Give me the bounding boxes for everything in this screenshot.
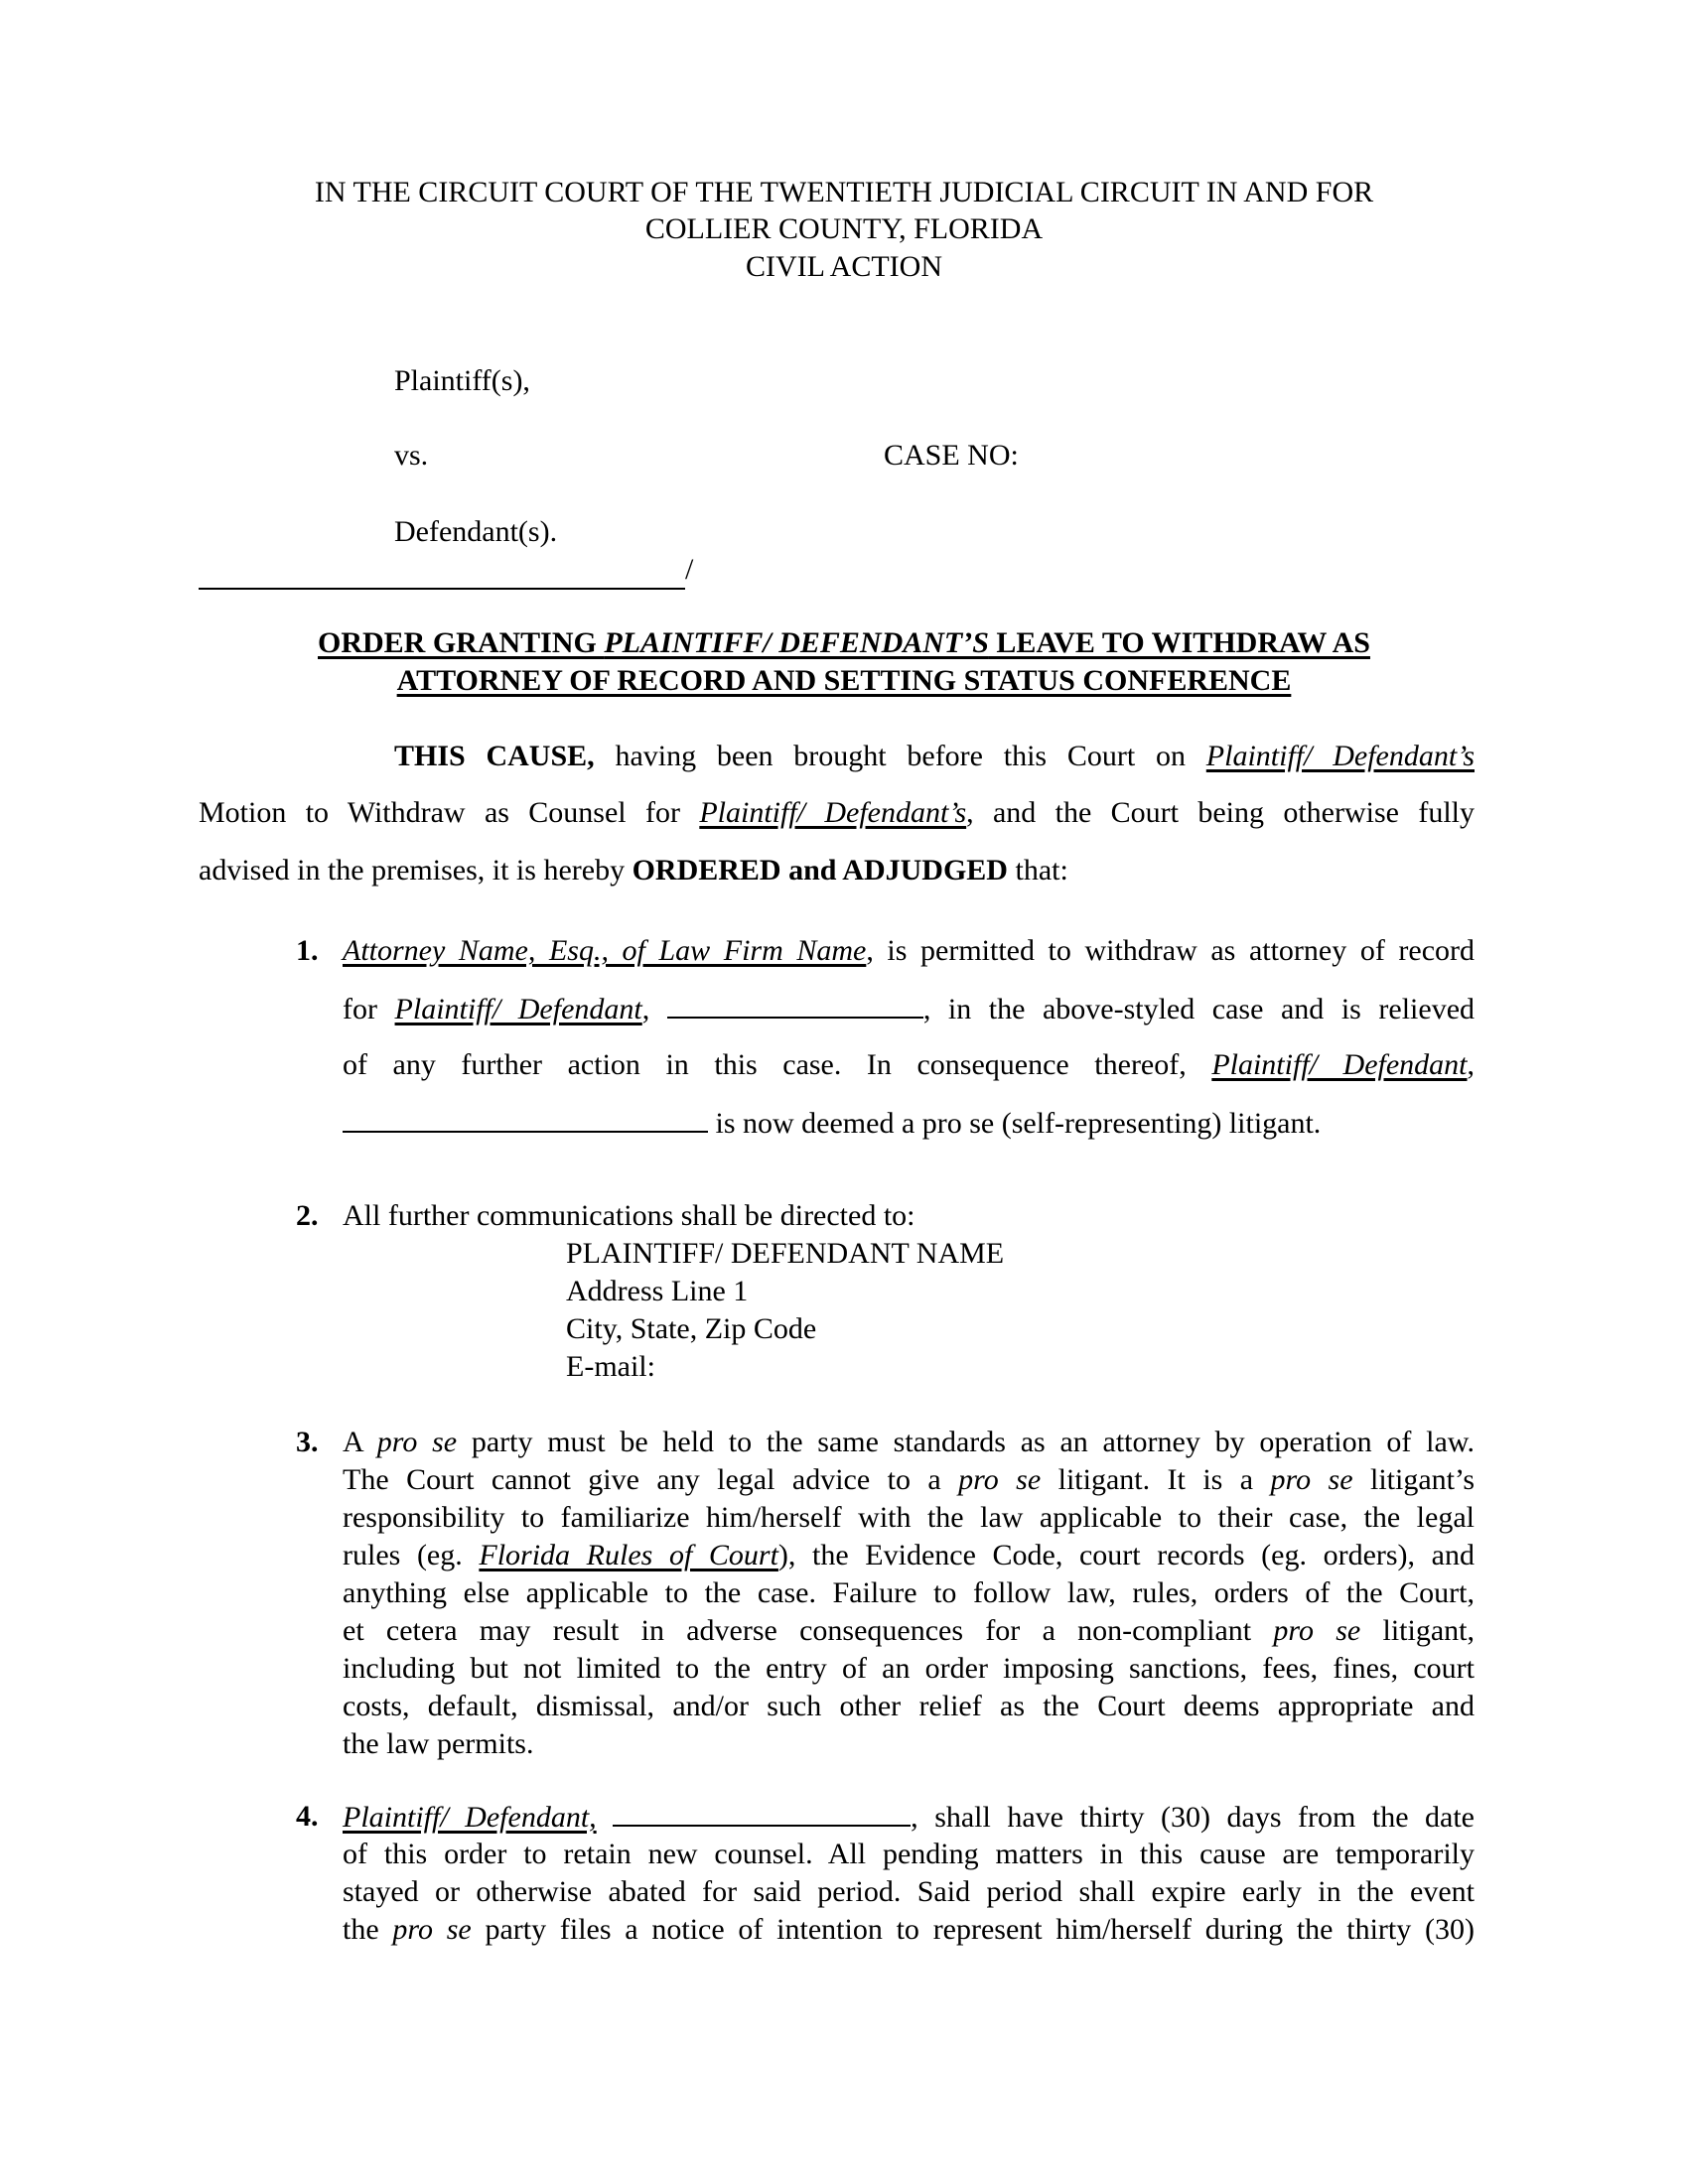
party-placeholder: Plaintiff/ Defendant bbox=[395, 993, 642, 1025]
text-run: , shall have thirty (30) days from the d… bbox=[911, 1801, 1475, 1834]
italic-term: pro se bbox=[1273, 1614, 1360, 1647]
intro-text: , and the Court being otherwise fully bbox=[966, 796, 1475, 829]
order-title-line2: ATTORNEY OF RECORD AND SETTING STATUS CO… bbox=[0, 663, 1688, 699]
paragraph-line: of this order to retain new counsel. All… bbox=[343, 1837, 1475, 1872]
attorney-placeholder: Attorney Name, Esq., of Law Firm Name bbox=[343, 934, 866, 967]
paragraph-line: A pro se party must be held to the same … bbox=[343, 1425, 1475, 1460]
intro-text: that: bbox=[1008, 854, 1068, 887]
item-text: is now deemed a pro se (self-representin… bbox=[708, 1107, 1321, 1140]
text-run: responsibility to familiarize him/hersel… bbox=[343, 1501, 1475, 1534]
text-run: including but not limited to the entry o… bbox=[343, 1652, 1475, 1685]
document-page: IN THE CIRCUIT COURT OF THE TWENTIETH JU… bbox=[0, 0, 1688, 2184]
party-name-blank[interactable] bbox=[613, 1799, 911, 1827]
intro-text: having been brought before this Court on bbox=[595, 740, 1206, 772]
text-run: litigant. It is a bbox=[1041, 1463, 1270, 1496]
item-3-number: 3. bbox=[296, 1425, 319, 1460]
caption-defendant: Defendant(s). bbox=[394, 514, 557, 550]
title-part: ORDER GRANTING bbox=[318, 626, 604, 659]
item-text: , bbox=[642, 993, 667, 1025]
item-text: , bbox=[1468, 1048, 1476, 1081]
paragraph-line: The Court cannot give any legal advice t… bbox=[343, 1462, 1475, 1498]
party-name-blank[interactable] bbox=[667, 991, 923, 1019]
court-header-line1: IN THE CIRCUIT COURT OF THE TWENTIETH JU… bbox=[0, 175, 1688, 210]
address-line: City, State, Zip Code bbox=[566, 1311, 816, 1347]
text-run: party files a notice of intention to rep… bbox=[472, 1913, 1475, 1946]
paragraph-line: stayed or otherwise abated for said peri… bbox=[343, 1874, 1475, 1910]
paragraph-line: anything else applicable to the case. Fa… bbox=[343, 1575, 1475, 1611]
text-run: litigant’s bbox=[1353, 1463, 1475, 1496]
item-text: , in the above-styled case and is reliev… bbox=[923, 993, 1475, 1025]
caption-divider-line bbox=[199, 588, 685, 590]
text-run: litigant, bbox=[1360, 1614, 1475, 1647]
ordered-adjudged: ORDERED and ADJUDGED bbox=[633, 854, 1008, 887]
intro-line1: THIS CAUSE, having been brought before t… bbox=[394, 739, 1475, 774]
paragraph-line: the law permits. bbox=[343, 1726, 1475, 1762]
caption-vs: vs. bbox=[394, 438, 428, 474]
paragraph-line: Plaintiff/ Defendant, , shall have thirt… bbox=[343, 1799, 1475, 1836]
text-run: et cetera may result in adverse conseque… bbox=[343, 1614, 1273, 1647]
order-title-line1: ORDER GRANTING PLAINTIFF/ DEFENDANT’S LE… bbox=[0, 625, 1688, 661]
paragraph-line: responsibility to familiarize him/hersel… bbox=[343, 1500, 1475, 1536]
court-header-line2: COLLIER COUNTY, FLORIDA bbox=[0, 211, 1688, 247]
address-line: Address Line 1 bbox=[566, 1274, 748, 1309]
paragraph-line: including but not limited to the entry o… bbox=[343, 1651, 1475, 1687]
text-run: party must be held to the same standards… bbox=[457, 1426, 1475, 1458]
item-2-text: All further communications shall be dire… bbox=[343, 1198, 915, 1234]
text-run: the law permits. bbox=[343, 1727, 533, 1760]
text-run: anything else applicable to the case. Fa… bbox=[343, 1576, 1475, 1609]
intro-text: Motion to Withdraw as Counsel for bbox=[199, 796, 699, 829]
case-number-label: CASE NO: bbox=[884, 438, 1019, 474]
title-party: PLAINTIFF/ DEFENDANT’S bbox=[604, 626, 989, 659]
italic-term: pro se bbox=[392, 1913, 471, 1946]
text-run: the bbox=[343, 1913, 392, 1946]
paragraph-line: rules (eg. Florida Rules of Court), the … bbox=[343, 1538, 1475, 1573]
item-1-line3: of any further action in this case. In c… bbox=[343, 1047, 1475, 1083]
text-run: stayed or otherwise abated for said peri… bbox=[343, 1875, 1475, 1908]
item-text: for bbox=[343, 993, 395, 1025]
placeholder-term: Florida Rules of Court bbox=[479, 1539, 778, 1571]
item-1-line1: Attorney Name, Esq., of Law Firm Name, i… bbox=[343, 933, 1475, 969]
text-run: ), the Evidence Code, court records (eg.… bbox=[778, 1539, 1475, 1571]
item-1-line2: for Plaintiff/ Defendant, , in the above… bbox=[343, 991, 1475, 1027]
item-2-number: 2. bbox=[296, 1198, 319, 1234]
court-header-line3: CIVIL ACTION bbox=[0, 249, 1688, 285]
title-part: LEAVE TO WITHDRAW AS bbox=[989, 626, 1370, 659]
intro-line2: Motion to Withdraw as Counsel for Plaint… bbox=[199, 795, 1475, 831]
address-line: E-mail: bbox=[566, 1349, 655, 1385]
item-text: of any further action in this case. In c… bbox=[343, 1048, 1211, 1081]
italic-term: pro se bbox=[1271, 1463, 1353, 1496]
paragraph-line: et cetera may result in adverse conseque… bbox=[343, 1613, 1475, 1649]
item-1-line4: is now deemed a pro se (self-representin… bbox=[343, 1105, 1321, 1142]
caption-slash: / bbox=[685, 552, 693, 588]
intro-text: advised in the premises, it is hereby bbox=[199, 854, 633, 887]
text-run: A bbox=[343, 1426, 377, 1458]
italic-term: pro se bbox=[958, 1463, 1041, 1496]
placeholder-term: Plaintiff/ Defendant, bbox=[343, 1801, 597, 1834]
item-1-number: 1. bbox=[296, 933, 319, 969]
party-placeholder: Plaintiff/ Defendant bbox=[1211, 1048, 1467, 1081]
text-run: The Court cannot give any legal advice t… bbox=[343, 1463, 958, 1496]
item-4-number: 4. bbox=[296, 1799, 319, 1835]
text-run: costs, default, dismissal, and/or such o… bbox=[343, 1690, 1475, 1722]
paragraph-line: the pro se party files a notice of inten… bbox=[343, 1912, 1475, 1948]
paragraph-line: costs, default, dismissal, and/or such o… bbox=[343, 1689, 1475, 1724]
party-name-blank[interactable] bbox=[343, 1105, 708, 1133]
this-cause: THIS CAUSE, bbox=[394, 740, 595, 772]
party-placeholder: Plaintiff/ Defendant’s bbox=[699, 796, 966, 829]
address-line: PLAINTIFF/ DEFENDANT NAME bbox=[566, 1236, 1004, 1272]
party-placeholder: Plaintiff/ Defendant’s bbox=[1206, 740, 1475, 772]
italic-term: pro se bbox=[377, 1426, 457, 1458]
caption-plaintiff: Plaintiff(s), bbox=[394, 363, 530, 399]
text-run: of this order to retain new counsel. All… bbox=[343, 1838, 1475, 1870]
text-run bbox=[597, 1801, 614, 1834]
intro-line3: advised in the premises, it is hereby OR… bbox=[199, 853, 1068, 888]
item-text: , is permitted to withdraw as attorney o… bbox=[866, 934, 1475, 967]
text-run: rules (eg. bbox=[343, 1539, 479, 1571]
